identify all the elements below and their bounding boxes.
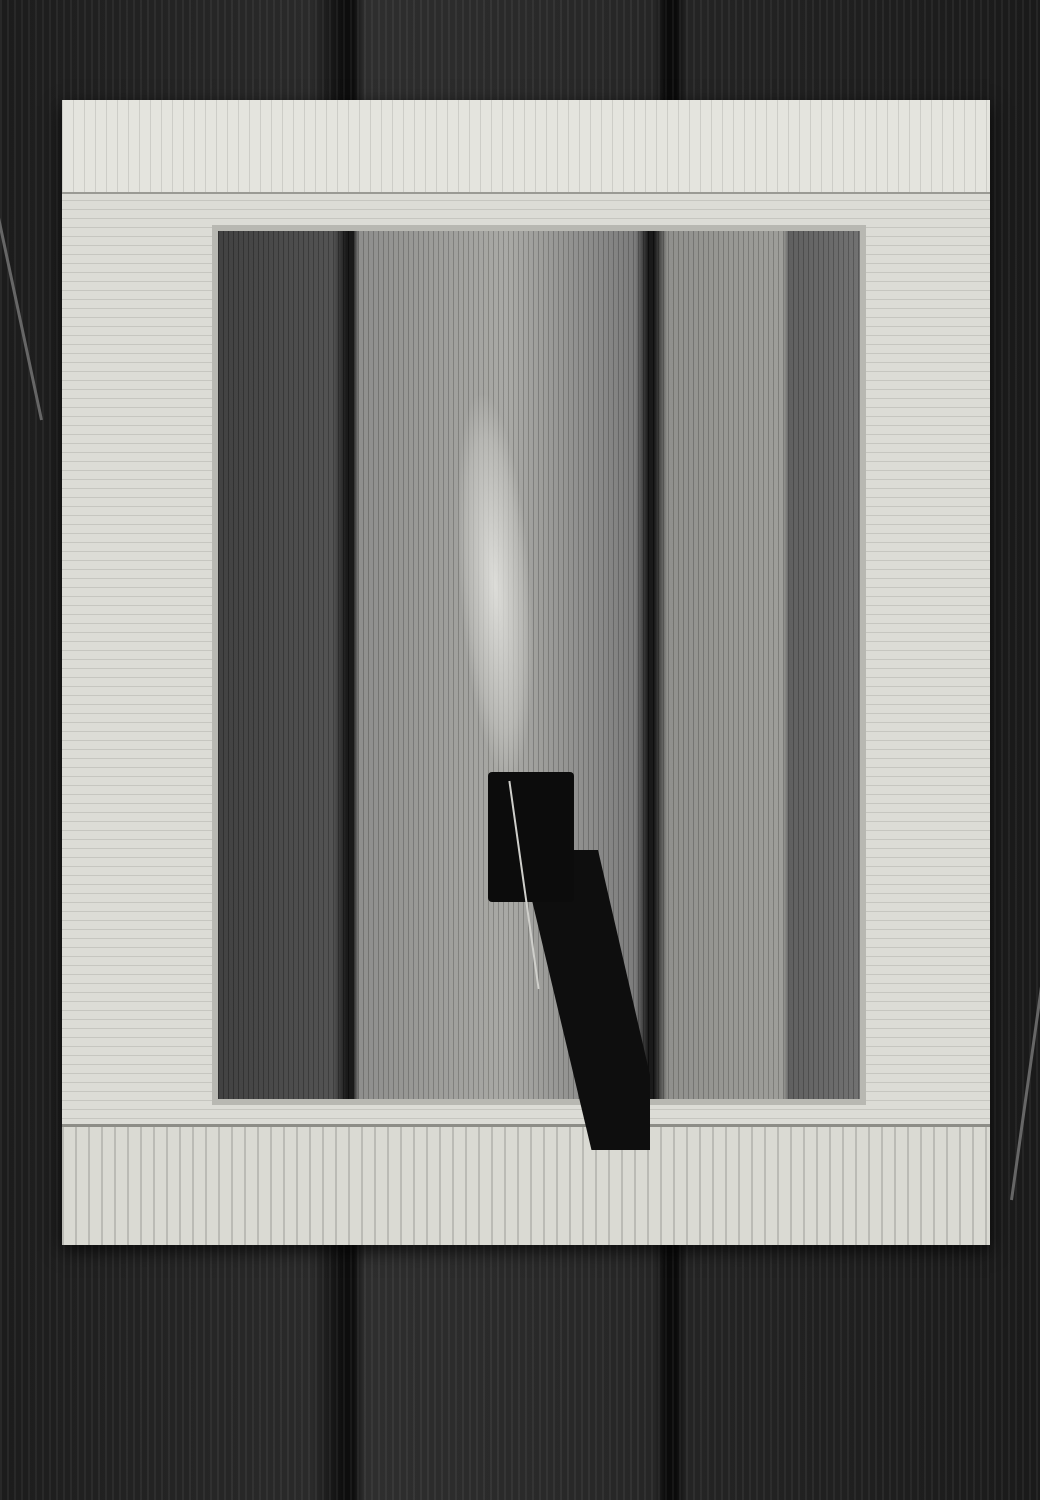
grass-blade — [1010, 705, 1040, 1201]
frame-bottom-rail — [62, 1124, 990, 1245]
photo-scene: Black-and-white photograph of a weathere… — [0, 0, 1040, 1500]
window-glass — [212, 225, 866, 1105]
grass-blade — [0, 9, 43, 420]
hand-shadow — [488, 772, 574, 902]
frame-top-rail — [62, 100, 990, 194]
